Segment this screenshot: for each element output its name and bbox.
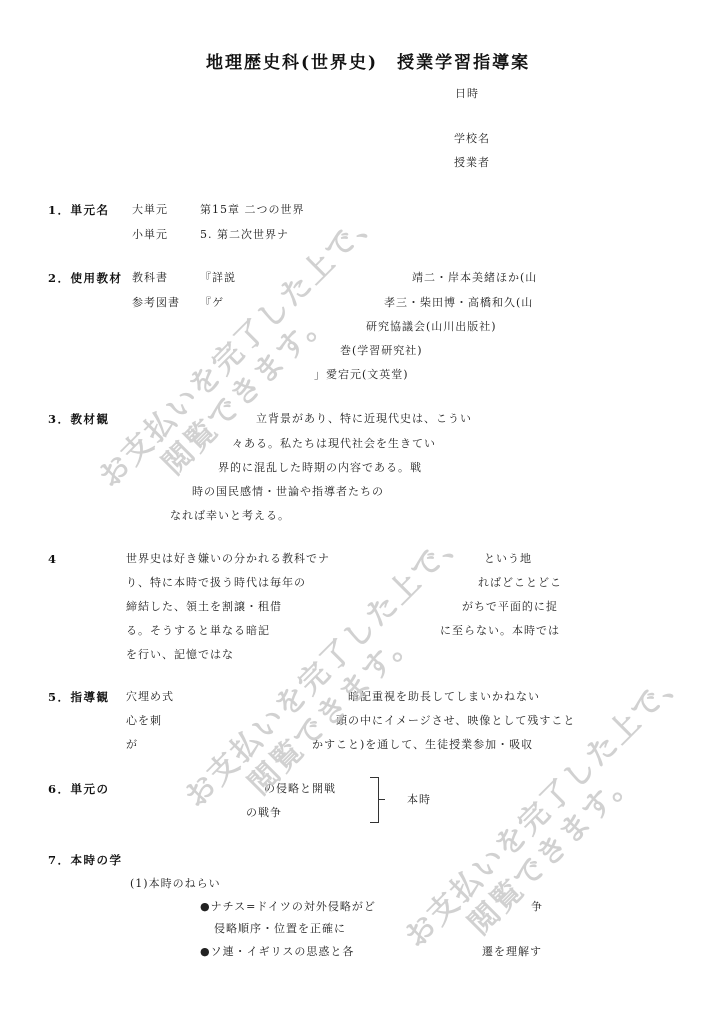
student-line-3-left: 締結した、領土を割譲・租借 (126, 600, 282, 614)
unit-plan-item-1: の侵略と開戦 (264, 782, 336, 796)
section-7-heading: 7．本時の学 (48, 853, 123, 867)
guidance-line-3-left: が (126, 738, 138, 752)
aim-bullet-2: ●ソ連・イギリスの思惑と各 (200, 945, 354, 959)
unit-major-value: 第15章 二つの世界 (200, 203, 305, 217)
brace-tip-icon (379, 799, 385, 800)
reference-line-4: 巻(学習研究社) (340, 344, 423, 358)
teacher-label: 授業者 (454, 156, 490, 170)
aim-bullet-1: ●ナチス=ドイツの対外侵略がど (200, 900, 376, 914)
section-2-heading: 2．使用教材 (48, 271, 123, 285)
aim-bullet-1-cont: 侵略順序・位置を正確に (214, 922, 346, 936)
lesson-aim-subheading: (1)本時のねらい (130, 877, 221, 891)
reference-value-right: 孝三・柴田博・高橋和久(山 (384, 296, 533, 310)
textbook-value-right: 靖二・岸本美緒ほか(山 (412, 271, 537, 285)
document-title: 地理歴史科(世界史) 授業学習指導案 (206, 52, 530, 74)
student-line-2-left: り、特に本時で扱う時代は毎年の (126, 576, 306, 590)
material-line-1: 立背景があり、特に近現代史は、こうい (256, 412, 472, 426)
guidance-line-1-left: 穴埋め式 (126, 690, 174, 704)
material-line-2: 々ある。私たちは現代社会を生きてい (232, 437, 436, 451)
unit-minor-label: 小単元 (132, 228, 168, 242)
aim-bullet-2-tail: 遷を理解す (482, 945, 542, 959)
student-line-2-right: ればどことどこ (478, 576, 562, 590)
guidance-line-2-left: 心を刺 (126, 714, 162, 728)
student-line-4-left: る。そうすると単なる暗記 (126, 624, 270, 638)
watermark-line-2: 閲覧できます。 (423, 684, 720, 981)
textbook-value-left: 『詳説 (200, 271, 236, 285)
student-line-1-left: 世界史は好き嫌いの分かれる教科でナ (126, 552, 330, 566)
section-1-heading: 1．単元名 (48, 203, 110, 217)
document-page: 地理歴史科(世界史) 授業学習指導案 日時 学校名 授業者 1．単元名 大単元 … (0, 0, 724, 1024)
student-line-1-right: という地 (484, 552, 532, 566)
reference-line-3: 研究協議会(山川出版社) (366, 320, 497, 334)
textbook-label: 教科書 (132, 271, 168, 285)
material-line-5: なれば幸いと考える。 (170, 509, 290, 523)
current-lesson-label: 本時 (407, 793, 431, 807)
student-line-4-right: に至らない。本時では (440, 624, 560, 638)
section-3-heading: 3．教材観 (48, 412, 110, 426)
section-5-heading: 5．指導観 (48, 690, 110, 704)
student-line-5-left: を行い、記憶ではな (126, 648, 234, 662)
payment-watermark-3: お支払いを完了した上で、 閲覧できます。 (398, 659, 720, 981)
guidance-line-1-right: 暗記重視を助長してしまいかねない (348, 690, 540, 704)
date-label: 日時 (455, 87, 479, 101)
guidance-line-2-right: 頭の中にイメージさせ、映像として残すこと (336, 714, 575, 728)
unit-major-label: 大単元 (132, 203, 168, 217)
unit-minor-value: 5. 第二次世界ナ (200, 228, 289, 242)
aim-bullet-1-tail: 争 (531, 900, 543, 914)
school-label: 学校名 (454, 132, 490, 146)
material-line-4: 時の国民感情・世論や指導者たちの (192, 485, 384, 499)
section-6-heading: 6．単元の (48, 782, 110, 796)
brace-icon (370, 777, 379, 823)
reference-line-5: 」愛宕元(文英堂) (314, 368, 409, 382)
unit-plan-item-2: の戦争 (246, 806, 282, 820)
student-line-3-right: がちで平面的に捉 (462, 600, 558, 614)
payment-watermark-2: お支払いを完了した上で、 閲覧できます。 (178, 519, 500, 841)
reference-value-left: 『ゲ (200, 296, 224, 310)
material-line-3: 界的に混乱した時期の内容である。戦 (218, 461, 422, 475)
guidance-line-3-right: かすこと)を通して、生徒授業参加・吸収 (312, 738, 533, 752)
reference-label: 参考図書 (132, 296, 180, 310)
section-4-heading: 4 (48, 552, 58, 566)
